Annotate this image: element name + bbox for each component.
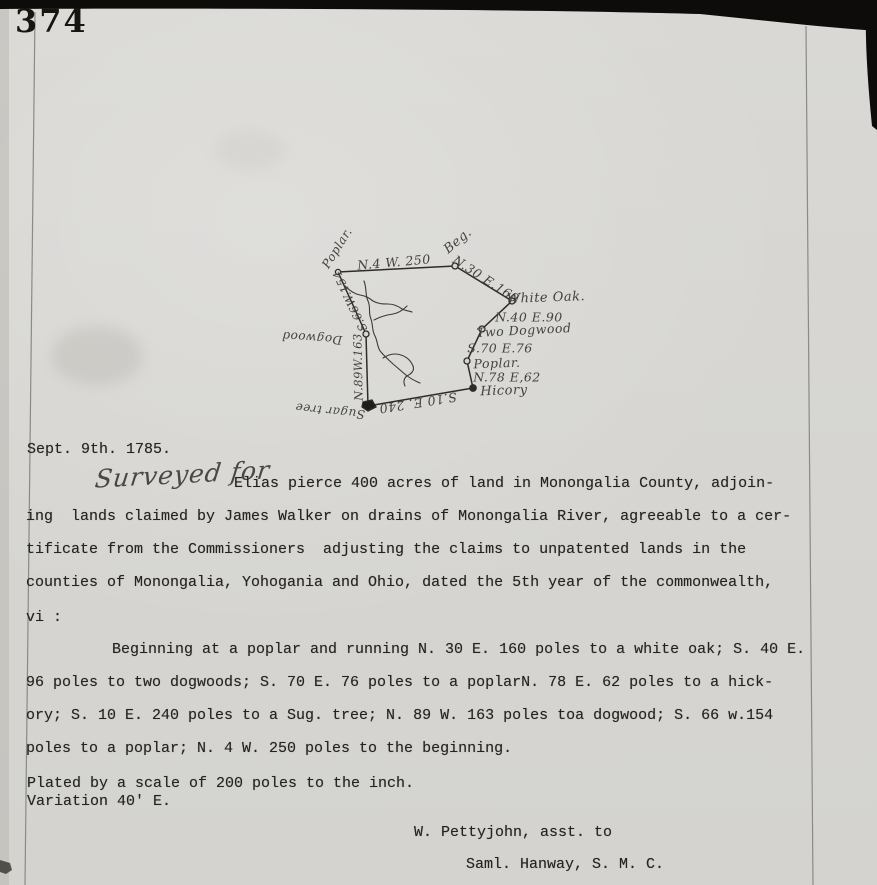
plat-label-bearing-s70e76: S.70 E.76: [467, 341, 532, 356]
smudge: [51, 326, 143, 386]
date-line: Sept. 9th. 1785.: [27, 441, 171, 458]
signature-assistant: W. Pettyjohn, asst. to: [414, 824, 612, 841]
right-margin-rule: [806, 26, 813, 885]
scan-bottom-left-mark: [0, 860, 12, 874]
plat-scale-note: Plated by a scale of 200 poles to the in…: [27, 775, 414, 792]
smudge-2: [214, 130, 286, 170]
variation-note: Variation 40' E.: [27, 793, 171, 810]
body-line: counties of Monongalia, Yohogania and Oh…: [26, 574, 773, 591]
body-line: ory; S. 10 E. 240 poles to a Sug. tree; …: [26, 707, 773, 724]
scan-right-edge: [866, 8, 877, 130]
plat-label-bearing-n89w163: N.89W.163: [350, 333, 365, 401]
plat-label-hicory: Hicory: [480, 383, 528, 400]
survey-record-page: 374 Poplar. N.4 W. 250 Beg. N.30 E.160 W…: [0, 0, 877, 885]
scan-top-edge: [0, 0, 877, 31]
body-line: 96 poles to two dogwoods; S. 70 E. 76 po…: [26, 674, 773, 691]
plat-label-bearing-n78e62: N.78 E,62: [473, 370, 541, 385]
body-line: vi :: [26, 609, 62, 626]
body-line: Elias pierce 400 acres of land in Monong…: [234, 475, 774, 492]
body-line: ing lands claimed by James Walker on dra…: [26, 508, 791, 525]
page-number: 374: [15, 2, 88, 40]
signature-surveyor: Saml. Hanway, S. M. C.: [466, 856, 664, 873]
body-line: poles to a poplar; N. 4 W. 250 poles to …: [26, 740, 512, 757]
body-line: tificate from the Commissioners adjustin…: [26, 541, 746, 558]
body-line: Beginning at a poplar and running N. 30 …: [112, 641, 805, 658]
plat-label-white-oak: White Oak.: [507, 289, 586, 307]
left-page-edge-shade: [0, 0, 9, 885]
